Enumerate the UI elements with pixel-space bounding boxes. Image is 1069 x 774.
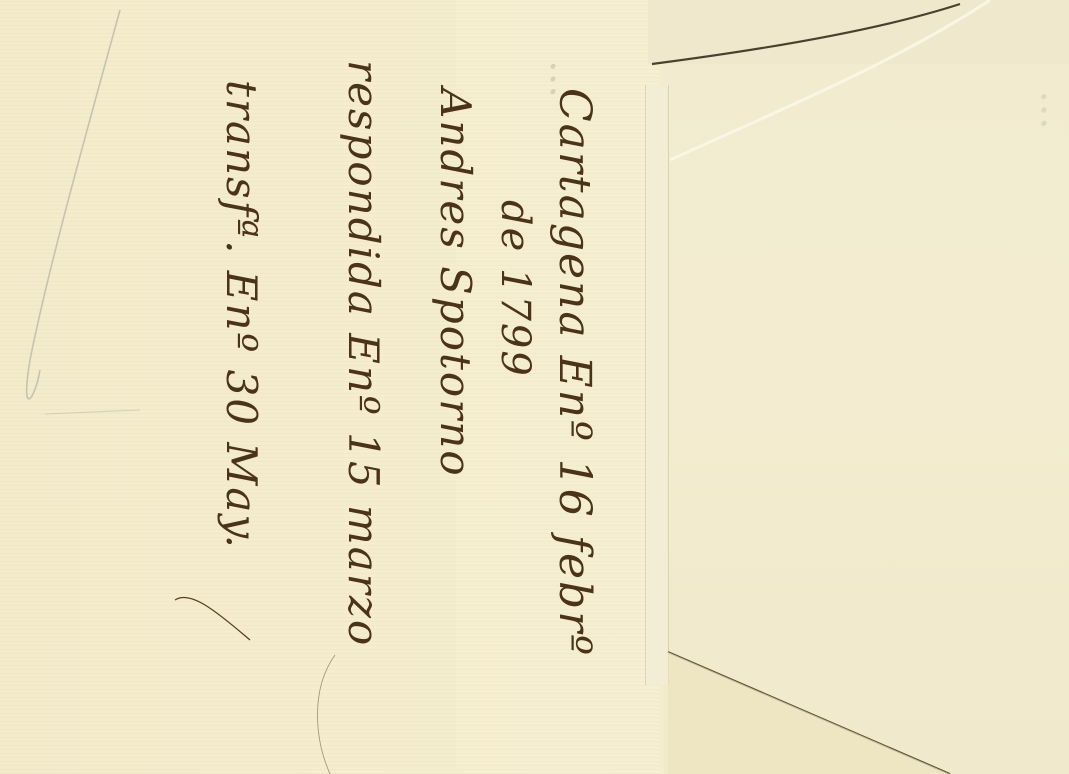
paper-creases <box>0 0 1069 774</box>
docket-line-year: de 1799 <box>492 200 538 378</box>
document-scan: … … Cartagena Enº 16 febrº de 1799 Andre… <box>0 0 1069 774</box>
bleed-through-text-right: … <box>1010 90 1056 140</box>
docket-line-transferred: transfª. Enº 30 May. <box>217 80 266 550</box>
docket-line-place-date: Cartagena Enº 16 febrº <box>549 88 600 657</box>
docket-line-answered: respondida Enº 15 marzo <box>339 60 388 647</box>
docket-line-sender: Andres Spotorno <box>431 88 480 478</box>
